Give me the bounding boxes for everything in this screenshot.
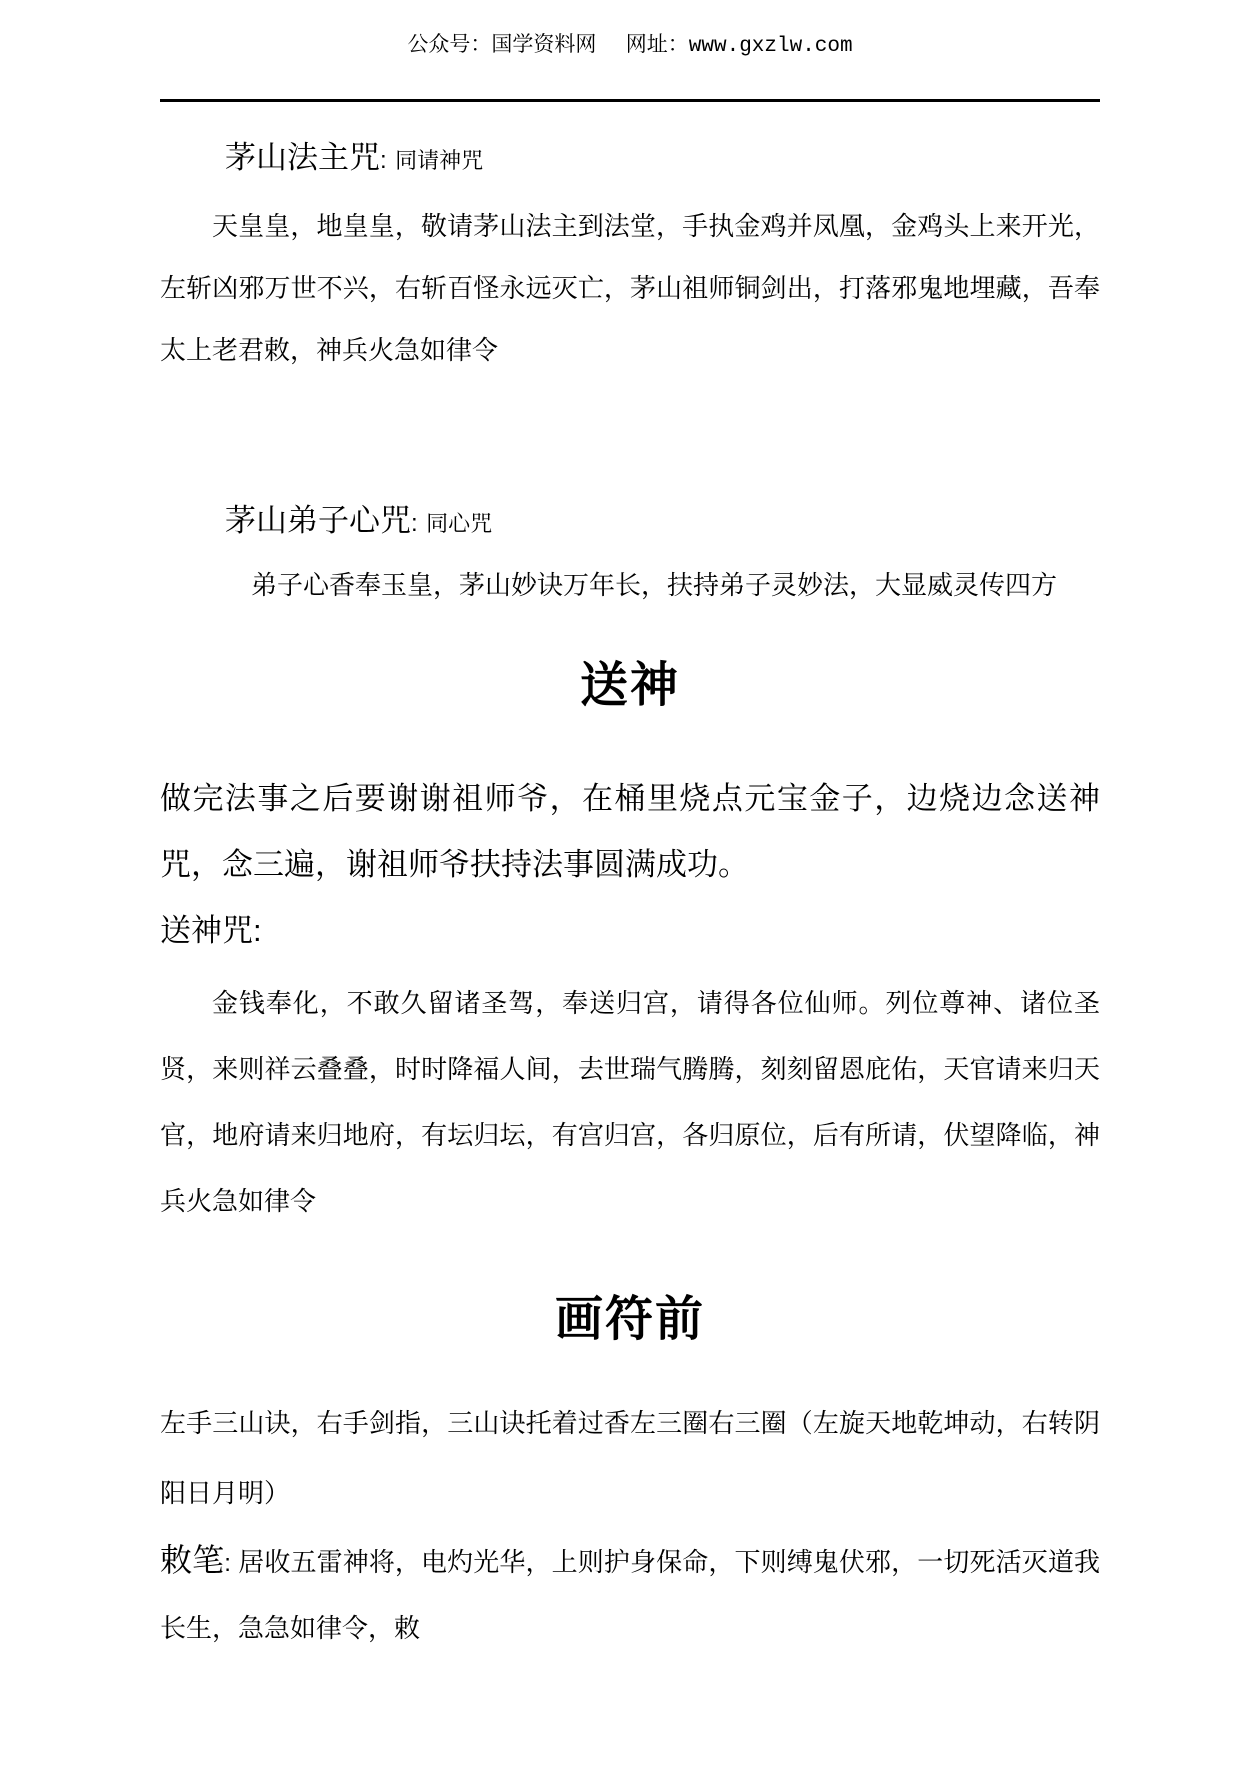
spell2-separator: : — [411, 510, 418, 537]
page-header: 公众号：国学资料网网址：www.gxzlw.com — [160, 30, 1100, 62]
chibi-label: 敕笔 — [160, 1542, 224, 1578]
spell1-separator: : — [380, 147, 387, 174]
spell2-heading: 茅山弟子心咒:同心咒 — [225, 501, 1100, 544]
spell1-title: 茅山法主咒 — [225, 140, 380, 175]
huafu-intro: 左手三山诀，右手剑指，三山诀托着过香左三圈右三圈（左旋天地乾坤动，右转阴阳日月明… — [160, 1388, 1100, 1528]
chibi-paragraph: 敕笔:居收五雷神将，电灼光华，上则护身保命，下则缚鬼伏邪，一切死活灭道我长生，急… — [160, 1528, 1100, 1660]
header-divider — [160, 99, 1100, 102]
spell1-body: 天皇皇，地皇皇，敬请茅山法主到法堂，手执金鸡并凤凰，金鸡头上来开光，左斩凶邪万世… — [160, 195, 1100, 381]
huafu-heading: 画符前 — [160, 1290, 1100, 1350]
header-account-label: 公众号：国学资料网 — [407, 33, 596, 56]
document-page: 公众号：国学资料网网址：www.gxzlw.com 茅山法主咒:同请神咒 天皇皇… — [0, 0, 1260, 1785]
songshen-heading: 送神 — [160, 656, 1100, 716]
spell1-note: 同请神咒 — [395, 148, 483, 173]
songshen-body: 金钱奉化，不敢久留诸圣驾，奉送归宫，请得各位仙师。列位尊神、诸位圣贤，来则祥云叠… — [160, 970, 1100, 1234]
songshen-label: 送神咒: — [160, 898, 1100, 964]
spell1-heading: 茅山法主咒:同请神咒 — [225, 138, 1100, 181]
songshen-intro: 做完法事之后要谢谢祖师爷，在桶里烧点元宝金子，边烧边念送神咒，念三遍，谢祖师爷扶… — [160, 766, 1100, 898]
spell2-title: 茅山弟子心咒 — [225, 503, 411, 538]
chibi-separator: : — [224, 1550, 231, 1577]
chibi-body: 居收五雷神将，电灼光华，上则护身保命，下则缚鬼伏邪，一切死活灭道我长生，急急如律… — [160, 1547, 1100, 1643]
spell2-body: 弟子心香奉玉皇，茅山妙诀万年长，扶持弟子灵妙法，大显威灵传四方 — [160, 554, 1100, 616]
header-site-url: www.gxzlw.com — [689, 35, 853, 58]
spell2-note: 同心咒 — [426, 511, 492, 536]
header-site-label: 网址： — [626, 33, 689, 56]
